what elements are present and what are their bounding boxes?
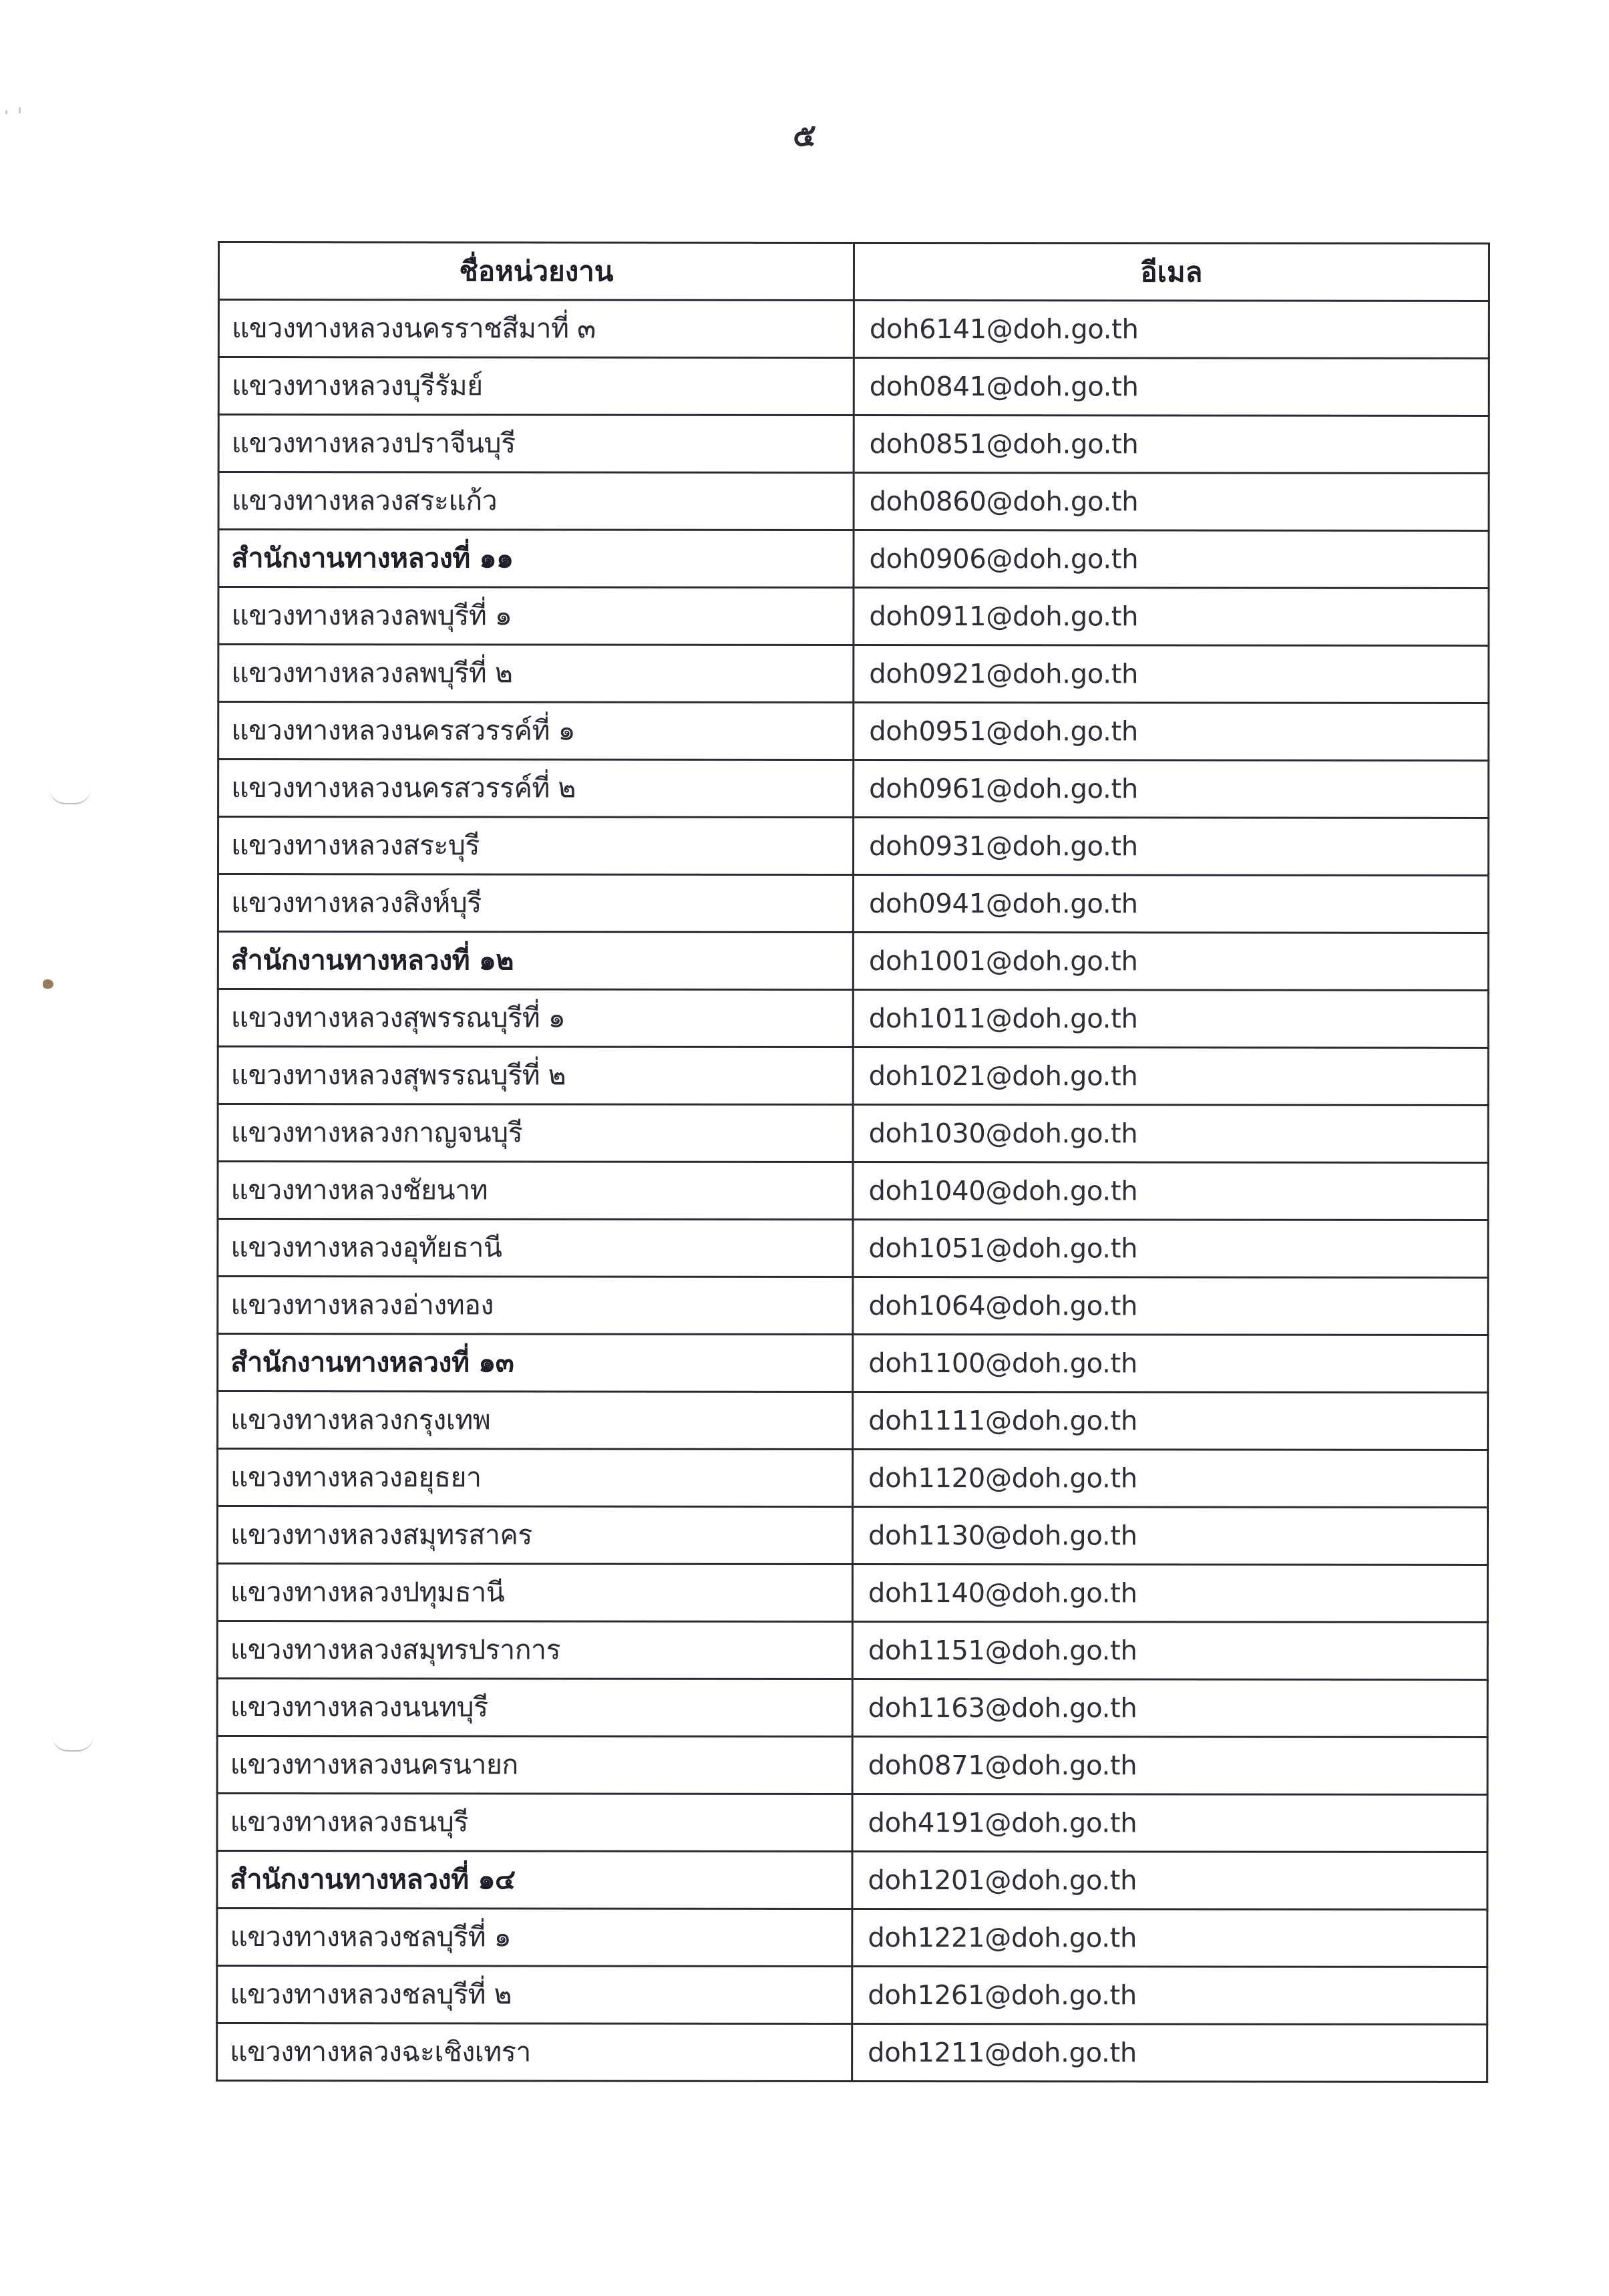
unit-name-cell: แขวงทางหลวงปทุมธานี: [217, 1564, 852, 1622]
hole-punch-mark: [49, 788, 91, 804]
unit-name-cell: แขวงทางหลวงนครสวรรค์ที่ ๒: [218, 760, 854, 818]
email-cell: doh1163@doh.go.th: [852, 1679, 1487, 1737]
unit-name-cell: แขวงทางหลวงชลบุรีที่ ๒: [217, 1966, 852, 2024]
table-row: แขวงทางหลวงชลบุรีที่ ๑doh1221@doh.go.th: [217, 1909, 1487, 1967]
email-cell: doh0931@doh.go.th: [854, 817, 1489, 875]
unit-name-cell: แขวงทางหลวงสุพรรณบุรีที่ ๑: [218, 989, 853, 1047]
email-cell: doh4191@doh.go.th: [852, 1794, 1487, 1852]
unit-name-cell: แขวงทางหลวงบุรีรัมย์: [218, 357, 854, 416]
email-cell: doh0911@doh.go.th: [854, 587, 1489, 645]
table-row: แขวงทางหลวงสระบุรีdoh0931@doh.go.th: [218, 817, 1489, 876]
table-body: แขวงทางหลวงนครราชสีมาที่ ๓doh6141@doh.go…: [217, 300, 1489, 2082]
unit-name-cell: แขวงทางหลวงนครราชสีมาที่ ๓: [218, 300, 854, 358]
email-cell: doh1111@doh.go.th: [853, 1391, 1488, 1450]
table-row: แขวงทางหลวงนครสวรรค์ที่ ๒doh0961@doh.go.…: [218, 760, 1489, 818]
unit-name-cell: แขวงทางหลวงปราจีนบุรี: [218, 415, 854, 473]
email-cell: doh1001@doh.go.th: [853, 932, 1488, 990]
paper-mark: [19, 107, 21, 114]
table-row: แขวงทางหลวงสมุทรปราการdoh1151@doh.go.th: [217, 1621, 1487, 1680]
hole-punch-mark: [52, 1736, 94, 1752]
table-row: สำนักงานทางหลวงที่ ๑๔doh1201@doh.go.th: [217, 1851, 1487, 1910]
table-row: แขวงทางหลวงธนบุรีdoh4191@doh.go.th: [217, 1794, 1487, 1852]
table-row: แขวงทางหลวงลพบุรีที่ ๒doh0921@doh.go.th: [218, 645, 1489, 703]
email-cell: doh0851@doh.go.th: [854, 415, 1489, 473]
office-name-cell: สำนักงานทางหลวงที่ ๑๓: [218, 1334, 853, 1392]
unit-name-cell: แขวงทางหลวงนนทบุรี: [217, 1679, 852, 1737]
table-row: แขวงทางหลวงอุทัยธานีdoh1051@doh.go.th: [218, 1219, 1488, 1278]
email-cell: doh0941@doh.go.th: [853, 874, 1488, 933]
column-header-email: อีเมล: [854, 242, 1489, 301]
unit-name-cell: แขวงทางหลวงสมุทรปราการ: [217, 1621, 852, 1679]
table-row: สำนักงานทางหลวงที่ ๑๒doh1001@doh.go.th: [218, 932, 1488, 991]
paper-speck: [43, 979, 53, 989]
table-row: แขวงทางหลวงชลบุรีที่ ๒doh1261@doh.go.th: [217, 1966, 1487, 2025]
email-cell: doh1151@doh.go.th: [852, 1621, 1487, 1679]
unit-name-cell: แขวงทางหลวงอยุธยา: [218, 1449, 853, 1507]
email-cell: doh0961@doh.go.th: [854, 760, 1489, 818]
email-cell: doh0951@doh.go.th: [854, 702, 1489, 760]
unit-name-cell: แขวงทางหลวงนครนายก: [217, 1736, 852, 1794]
table-row: แขวงทางหลวงสิงห์บุรีdoh0941@doh.go.th: [218, 874, 1488, 933]
email-cell: doh1051@doh.go.th: [853, 1219, 1488, 1277]
unit-name-cell: แขวงทางหลวงอุทัยธานี: [218, 1219, 853, 1277]
unit-name-cell: แขวงทางหลวงสระแก้ว: [218, 472, 854, 530]
table-row: แขวงทางหลวงชัยนาทdoh1040@doh.go.th: [218, 1162, 1488, 1220]
email-cell: doh1030@doh.go.th: [853, 1104, 1488, 1162]
email-cell: doh0841@doh.go.th: [854, 357, 1489, 416]
table-row: แขวงทางหลวงอยุธยาdoh1120@doh.go.th: [218, 1449, 1488, 1508]
unit-name-cell: แขวงทางหลวงกรุงเทพ: [218, 1391, 853, 1450]
table-row: แขวงทางหลวงสมุทรสาครdoh1130@doh.go.th: [217, 1506, 1487, 1565]
table-row: แขวงทางหลวงนครนายกdoh0871@doh.go.th: [217, 1736, 1487, 1795]
email-cell: doh1211@doh.go.th: [852, 2023, 1487, 2082]
email-cell: doh1221@doh.go.th: [852, 1909, 1487, 1967]
unit-name-cell: แขวงทางหลวงสมุทรสาคร: [217, 1506, 852, 1565]
table-row: แขวงทางหลวงนครราชสีมาที่ ๓doh6141@doh.go…: [218, 300, 1489, 359]
email-cell: doh1100@doh.go.th: [853, 1334, 1488, 1392]
unit-name-cell: แขวงทางหลวงฉะเชิงเทรา: [217, 2023, 852, 2082]
table-row: แขวงทางหลวงอ่างทองdoh1064@doh.go.th: [218, 1277, 1488, 1335]
email-cell: doh1011@doh.go.th: [853, 989, 1488, 1047]
unit-name-cell: แขวงทางหลวงสิงห์บุรี: [218, 874, 853, 933]
table-row: แขวงทางหลวงบุรีรัมย์doh0841@doh.go.th: [218, 357, 1489, 416]
table-row: แขวงทางหลวงนครสวรรค์ที่ ๑doh0951@doh.go.…: [218, 702, 1489, 761]
table-row: แขวงทางหลวงฉะเชิงเทราdoh1211@doh.go.th: [217, 2023, 1487, 2082]
email-cell: doh1201@doh.go.th: [852, 1851, 1487, 1909]
email-cell: doh1120@doh.go.th: [853, 1449, 1488, 1507]
email-cell: doh1021@doh.go.th: [853, 1047, 1488, 1105]
unit-name-cell: แขวงทางหลวงลพบุรีที่ ๑: [218, 587, 854, 645]
table-row: แขวงทางหลวงสุพรรณบุรีที่ ๑doh1011@doh.go…: [218, 989, 1488, 1048]
unit-name-cell: แขวงทางหลวงสระบุรี: [218, 817, 854, 875]
email-cell: doh1261@doh.go.th: [852, 1966, 1487, 2024]
email-cell: doh0860@doh.go.th: [854, 472, 1489, 530]
office-name-cell: สำนักงานทางหลวงที่ ๑๒: [218, 932, 853, 990]
email-cell: doh1064@doh.go.th: [853, 1277, 1488, 1335]
table-row: แขวงทางหลวงนนทบุรีdoh1163@doh.go.th: [217, 1679, 1487, 1738]
unit-email-table: ชื่อหน่วยงาน อีเมล แขวงทางหลวงนครราชสีมา…: [216, 241, 1490, 2083]
unit-name-cell: แขวงทางหลวงนครสวรรค์ที่ ๑: [218, 702, 854, 760]
unit-name-cell: แขวงทางหลวงชลบุรีที่ ๑: [217, 1909, 852, 1967]
table-row: แขวงทางหลวงกาญจนบุรีdoh1030@doh.go.th: [218, 1104, 1488, 1163]
email-cell: doh0871@doh.go.th: [852, 1736, 1487, 1794]
table-row: แขวงทางหลวงกรุงเทพdoh1111@doh.go.th: [218, 1391, 1488, 1450]
email-cell: doh6141@doh.go.th: [854, 300, 1489, 358]
page-number: ๕: [0, 115, 1609, 155]
paper-mark: [5, 110, 7, 114]
table-row: แขวงทางหลวงปทุมธานีdoh1140@doh.go.th: [217, 1564, 1487, 1623]
email-cell: doh1040@doh.go.th: [853, 1162, 1488, 1220]
unit-name-cell: แขวงทางหลวงชัยนาท: [218, 1162, 853, 1220]
office-name-cell: สำนักงานทางหลวงที่ ๑๔: [217, 1851, 852, 1909]
email-cell: doh1130@doh.go.th: [852, 1506, 1487, 1565]
unit-name-cell: แขวงทางหลวงลพบุรีที่ ๒: [218, 645, 854, 703]
table-row: แขวงทางหลวงลพบุรีที่ ๑doh0911@doh.go.th: [218, 587, 1489, 646]
unit-name-cell: แขวงทางหลวงธนบุรี: [217, 1794, 852, 1852]
unit-name-cell: แขวงทางหลวงสุพรรณบุรีที่ ๒: [218, 1047, 853, 1105]
unit-name-cell: แขวงทางหลวงอ่างทอง: [218, 1277, 853, 1335]
office-name-cell: สำนักงานทางหลวงที่ ๑๑: [218, 530, 854, 588]
column-header-unit-name: ชื่อหน่วยงาน: [218, 242, 854, 301]
email-cell: doh0921@doh.go.th: [854, 645, 1489, 703]
table-row: สำนักงานทางหลวงที่ ๑๓doh1100@doh.go.th: [218, 1334, 1488, 1393]
unit-name-cell: แขวงทางหลวงกาญจนบุรี: [218, 1104, 853, 1162]
table-row: แขวงทางหลวงปราจีนบุรีdoh0851@doh.go.th: [218, 415, 1489, 474]
email-cell: doh0906@doh.go.th: [854, 530, 1489, 588]
table-row: แขวงทางหลวงสระแก้วdoh0860@doh.go.th: [218, 472, 1489, 531]
email-cell: doh1140@doh.go.th: [852, 1564, 1487, 1622]
table-header-row: ชื่อหน่วยงาน อีเมล: [218, 242, 1489, 301]
table-row: แขวงทางหลวงสุพรรณบุรีที่ ๒doh1021@doh.go…: [218, 1047, 1488, 1106]
table-row: สำนักงานทางหลวงที่ ๑๑doh0906@doh.go.th: [218, 530, 1489, 589]
